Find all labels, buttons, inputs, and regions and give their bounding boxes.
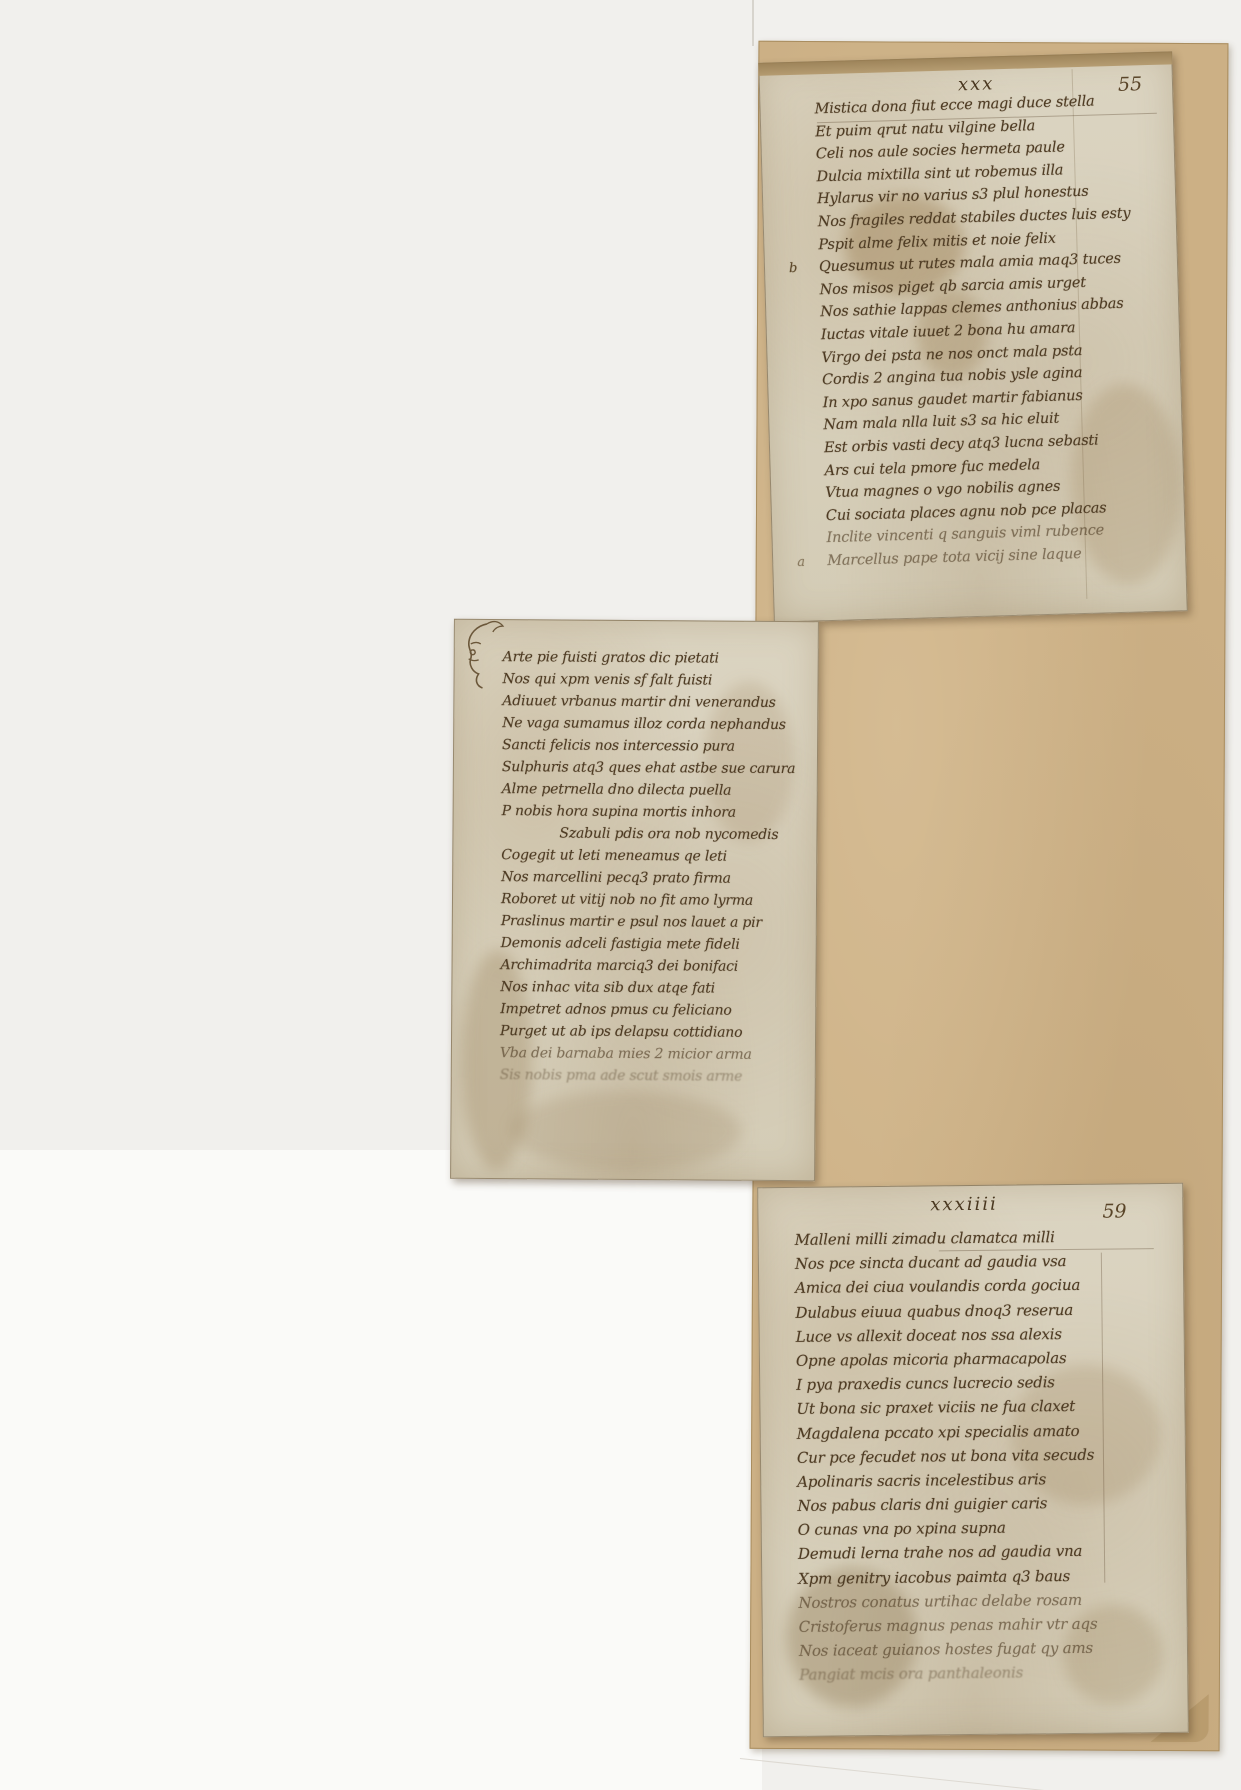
- folio-number: 55: [1118, 75, 1143, 95]
- manuscript-page-middle: Arte pie fuisti gratos dic pietatiNos qu…: [450, 619, 819, 1182]
- line-text: Nostros conatus urtihac delabe rosam: [798, 1591, 1082, 1612]
- line-text: Nos iaceat guianos hostes fugat qy ams: [799, 1639, 1093, 1660]
- line-text: Malleni milli zimadu clamatca milli: [795, 1228, 1055, 1249]
- line-text: Alme petrnella dno dilecta puella: [502, 781, 732, 799]
- line-text: Ut bona sic praxet viciis ne fua claxet: [796, 1397, 1075, 1418]
- line-text: Apolinaris sacris incelestibus aris: [797, 1470, 1046, 1491]
- line-text: O cunas vna po xpina supna: [798, 1519, 1006, 1539]
- manuscript-line: Cur pce fecudet nos ut bona vita secuds: [797, 1446, 1096, 1473]
- line-text: Purget ut ab ips delapsu cottidiano: [500, 1023, 742, 1041]
- margin-letter: b: [789, 262, 797, 275]
- manuscript-line: Sis nobis pma ade scut smois arme: [500, 1068, 793, 1092]
- text-block: Arte pie fuisti gratos dic pietatiNos qu…: [500, 650, 796, 1092]
- line-text: Roboret ut vitij nob no fit amo lyrma: [501, 891, 753, 909]
- line-text: P nobis hora supina mortis inhora: [502, 803, 736, 821]
- line-text: Nos pce sincta ducant ad gaudia vsa: [795, 1252, 1067, 1273]
- line-text: Nos inhac vita sib dux atqe fati: [500, 979, 715, 996]
- paper-crease-diagonal: [740, 1758, 1098, 1790]
- line-text: Sis nobis pma ade scut smois arme: [500, 1067, 743, 1085]
- line-text: Dulabus eiuua quabus dnoq3 reserua: [795, 1301, 1073, 1322]
- line-text: Impetret adnos pmus cu feliciano: [500, 1001, 732, 1019]
- line-text: Nos pabus claris dni guigier caris: [797, 1494, 1047, 1515]
- stain: [511, 1090, 742, 1172]
- line-text: Magdalena pccato xpi specialis amato: [797, 1421, 1080, 1442]
- line-text: Opne apolas micoria pharmacapolas: [796, 1349, 1067, 1370]
- paper-crease-vertical: [752, 0, 754, 46]
- folio-number: 59: [1102, 1202, 1126, 1221]
- line-text: Nos qui xpm venis sf falt fuisti: [502, 671, 712, 688]
- line-text: Arte pie fuisti gratos dic pietati: [503, 649, 719, 667]
- line-text: I pya praxedis cuncs lucrecio sedis: [796, 1373, 1055, 1394]
- line-text: Amica dei ciua voulandis corda gociua: [795, 1276, 1080, 1297]
- quire-header: xxxiiii: [930, 1196, 998, 1215]
- profile-face-doodle: [456, 620, 508, 690]
- line-text: Nos marcellini pecq3 prato firma: [501, 869, 731, 887]
- line-text: Demudi lerna trahe nos ad gaudia vna: [798, 1542, 1082, 1563]
- line-text: Luce vs allexit doceat nos ssa alexis: [796, 1325, 1062, 1346]
- line-text: Archimadrita marciq3 dei bonifaci: [500, 957, 738, 975]
- quire-header: xxx: [958, 75, 995, 94]
- line-text: Cristoferus magnus penas mahir vtr aqs: [799, 1615, 1098, 1636]
- manuscript-page-bottom: xxxiiii 59 Malleni milli zimadu clamatca…: [757, 1183, 1189, 1737]
- line-text: Praslinus martir e psul nos lauet a pir: [501, 913, 762, 931]
- line-text: Mistica dona fiut ecce magi duce stella: [814, 94, 1094, 118]
- manuscript-line: Pangiat mcis ora panthaleonis: [799, 1664, 1098, 1691]
- line-text: Demonis adceli fastigia mete fideli: [501, 935, 740, 953]
- line-text: Adiuuet vrbanus martir dni venerandus: [502, 693, 775, 711]
- manuscript-line: Apolinaris sacris incelestibus aris: [797, 1471, 1096, 1498]
- text-block: Malleni milli zimadu clamatca milliNos p…: [795, 1229, 1098, 1692]
- white-backing-sheet: [0, 1150, 762, 1790]
- line-text: Ne vaga sumamus illoz corda nephandus: [502, 715, 786, 733]
- manuscript-line: P nobis hora supina mortis inhora: [502, 804, 795, 828]
- manuscript-line: Nos pabus claris dni guigier caris: [797, 1495, 1096, 1522]
- archival-scan-canvas: { "document": { "kind": "medieval manusc…: [0, 0, 1241, 1790]
- line-text: Cur pce fecudet nos ut bona vita secuds: [797, 1445, 1094, 1466]
- line-text: Sulphuris atq3 ques ehat astbe sue carur…: [502, 759, 795, 777]
- manuscript-line: Nos iaceat guianos hostes fugat qy ams: [799, 1640, 1098, 1667]
- line-text: Sancti felicis nos intercessio pura: [502, 737, 735, 755]
- line-text: Cogegit ut leti meneamus qe leti: [501, 847, 727, 865]
- line-text: Xpm genitry iacobus paimta q3 baus: [798, 1567, 1070, 1588]
- line-text: Vba dei barnaba mies 2 micior arma: [500, 1045, 752, 1063]
- line-text: Pangiat mcis ora panthaleonis: [799, 1664, 1023, 1684]
- manuscript-page-top: xxx 55 Mistica dona fiut ecce magi duce …: [758, 51, 1187, 622]
- text-block: Mistica dona fiut ecce magi duce stellaE…: [814, 94, 1140, 577]
- line-text: Szabuli pdis ora nob nycomedis: [559, 825, 778, 843]
- margin-letter: a: [797, 556, 805, 569]
